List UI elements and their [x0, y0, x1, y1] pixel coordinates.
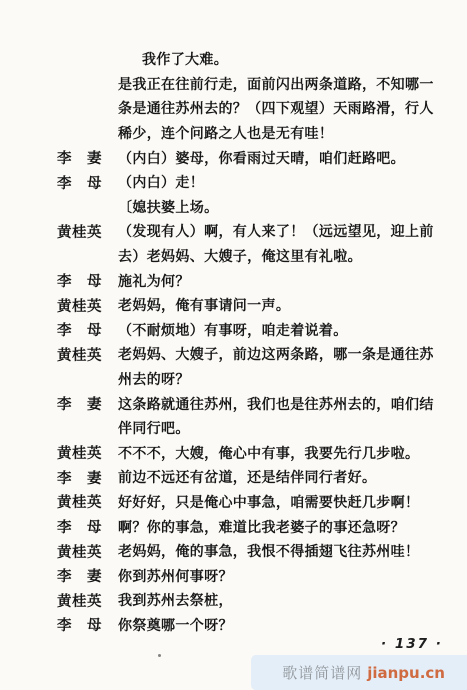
line-text: 不不不，大嫂，俺心中有事，我要先行几步啦。	[118, 443, 442, 463]
script-line: 李 妻 前边不远还有岔道，还是结伴同行者好。	[57, 465, 442, 490]
script-line: 去）老妈妈、大嫂子，俺这里有礼啦。	[57, 244, 442, 269]
watermark-site-name: 歌谱简谱网	[282, 662, 362, 683]
script-line: 李 妻 （内白）婆母，你看雨过天晴，咱们赶路吧。	[57, 145, 442, 170]
speaker-label: 李 妻	[57, 393, 118, 414]
speaker-label: 李 妻	[57, 147, 118, 168]
line-text: 是我正在往前行走，面前闪出两条道路，不知哪一	[118, 74, 442, 94]
script-line: 李 妻 这条路就通往苏州，我们也是往苏州去的，咱们结	[57, 391, 442, 416]
script-line: 李 母 你祭奠哪一个呀？	[57, 613, 442, 638]
speaker-label: 李 母	[57, 614, 118, 635]
ink-speck	[158, 654, 161, 657]
watermark-badge: 歌谱简谱网 jianpu.cn	[251, 655, 467, 690]
line-text: （不耐烦地）有事呀，咱走着说着。	[118, 320, 442, 340]
line-text: 我作了大难。	[118, 49, 442, 69]
line-text: 条是通往苏州去的？（四下观望）天雨路滑，行人	[118, 98, 442, 118]
speaker-label: 李 母	[57, 319, 118, 340]
script-line: 黄桂英 （发现有人）啊，有人来了！（远远望见，迎上前	[57, 219, 442, 244]
line-text: 好好好，只是俺心中事急，咱需要快赶几步啊！	[118, 492, 442, 512]
line-text: 你祭奠哪一个呀？	[118, 615, 442, 635]
script-line: 条是通往苏州去的？（四下观望）天雨路滑，行人	[57, 96, 442, 121]
script-line: 黄桂英 我到苏州去祭桩，	[57, 588, 442, 613]
line-text: 州去的呀？	[118, 369, 442, 389]
script-line: 李 母 （内白）走！	[57, 170, 442, 195]
line-text: 稀少，连个问路之人也是无有哇！	[118, 123, 442, 143]
line-text: 这条路就通往苏州，我们也是往苏州去的，咱们结	[118, 394, 442, 414]
speaker-label: 黄桂英	[57, 221, 118, 242]
line-text: 老妈妈，俺有事请问一声。	[118, 295, 442, 315]
page-number: · 137 ·	[381, 636, 443, 652]
script-line: 黄桂英 老妈妈，俺有事请问一声。	[57, 293, 442, 318]
speaker-label: 李 母	[57, 270, 118, 291]
line-text: （内白）婆母，你看雨过天晴，咱们赶路吧。	[118, 148, 442, 168]
book-page: 我作了大难。 是我正在往前行走，面前闪出两条道路，不知哪一 条是通往苏州去的？（…	[0, 0, 467, 690]
speaker-label: 李 母	[57, 516, 118, 537]
speaker-label: 黄桂英	[57, 590, 118, 611]
script-line: 是我正在往前行走，面前闪出两条道路，不知哪一	[57, 72, 442, 97]
line-text: （内白）走！	[118, 172, 442, 192]
line-text: 你到苏州何事呀？	[118, 566, 442, 586]
speaker-label: 黄桂英	[57, 344, 118, 365]
speaker-label: 黄桂英	[57, 541, 118, 562]
script-line: 我作了大难。	[57, 47, 442, 72]
script-line: 稀少，连个问路之人也是无有哇！	[57, 121, 442, 146]
script-line: 〔媳扶婆上场。	[57, 195, 442, 220]
script-line: 伴同行吧。	[57, 416, 442, 441]
line-text: 前边不远还有岔道，还是结伴同行者好。	[118, 467, 442, 487]
script-line: 李 母 啊？你的事急，难道比我老婆子的事还急呀？	[57, 514, 442, 539]
script-line: 李 母 施礼为何？	[57, 268, 442, 293]
speaker-label: 黄桂英	[57, 295, 118, 316]
script-line: 李 母 （不耐烦地）有事呀，咱走着说着。	[57, 318, 442, 343]
script-line: 黄桂英 老妈妈、大嫂子，前边这两条路，哪一条是通往苏	[57, 342, 442, 367]
line-text: 老妈妈、大嫂子，前边这两条路，哪一条是通往苏	[118, 344, 442, 364]
script-line: 黄桂英 不不不，大嫂，俺心中有事，我要先行几步啦。	[57, 441, 442, 466]
script-line: 黄桂英 好好好，只是俺心中事急，咱需要快赶几步啊！	[57, 490, 442, 515]
line-text: 啊？你的事急，难道比我老婆子的事还急呀？	[118, 517, 442, 537]
script-line: 黄桂英 老妈妈，俺的事急，我恨不得插翅飞往苏州哇！	[57, 539, 442, 564]
line-text: 我到苏州去祭桩，	[118, 590, 442, 610]
line-text: 施礼为何？	[118, 271, 442, 291]
script-lines: 我作了大难。 是我正在往前行走，面前闪出两条道路，不知哪一 条是通往苏州去的？（…	[57, 47, 442, 637]
watermark-site-url: jianpu.cn	[367, 664, 445, 682]
line-text: 〔媳扶婆上场。	[118, 197, 442, 217]
script-line: 州去的呀？	[57, 367, 442, 392]
speaker-label: 黄桂英	[57, 442, 118, 463]
line-text: （发现有人）啊，有人来了！（远远望见，迎上前	[118, 221, 442, 241]
speaker-label: 李 妻	[57, 565, 118, 586]
script-line: 李 妻 你到苏州何事呀？	[57, 563, 442, 588]
speaker-label: 李 母	[57, 172, 118, 193]
speaker-label: 黄桂英	[57, 491, 118, 512]
line-text: 伴同行吧。	[118, 418, 442, 438]
line-text: 老妈妈，俺的事急，我恨不得插翅飞往苏州哇！	[118, 541, 442, 561]
line-text: 去）老妈妈、大嫂子，俺这里有礼啦。	[118, 246, 442, 266]
speaker-label: 李 妻	[57, 467, 118, 488]
